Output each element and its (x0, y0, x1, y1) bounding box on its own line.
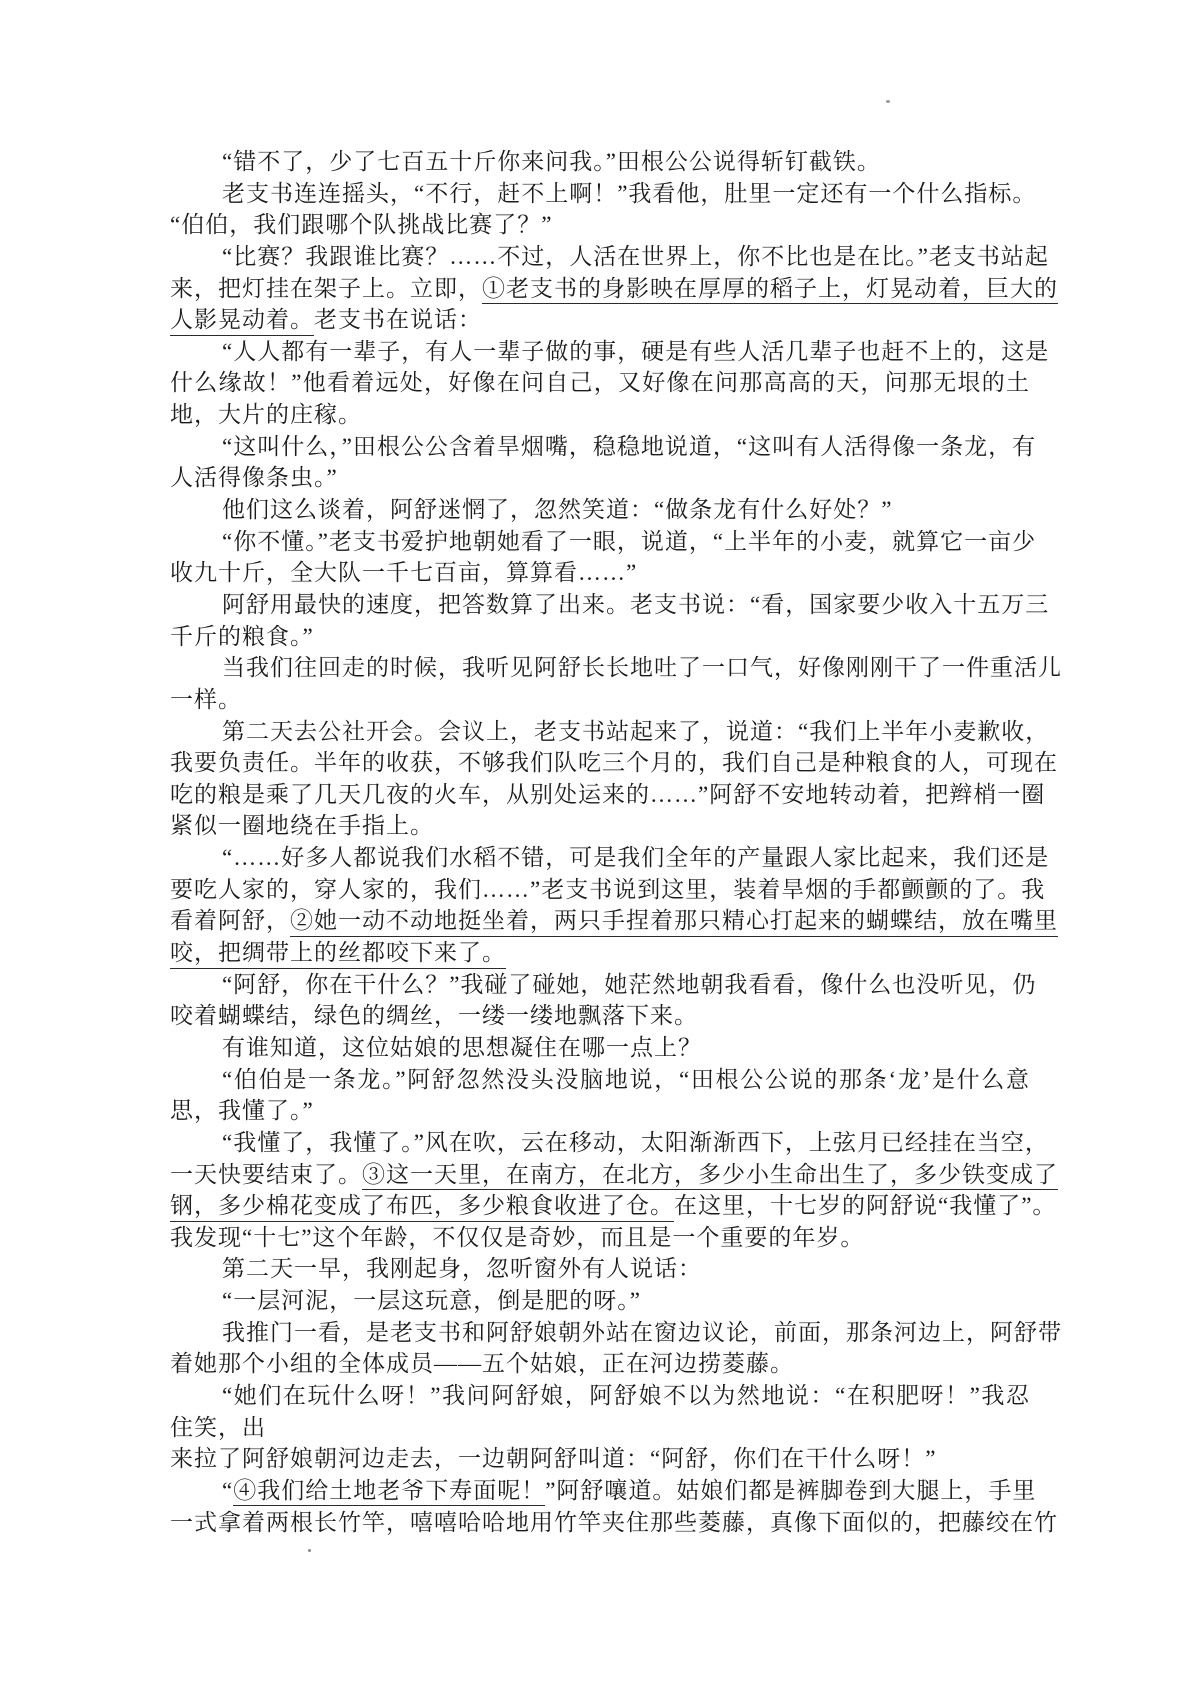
text-segment: “这叫什么，”田根公公含着旱烟嘴，稳稳地说道，“这叫有人活得像一条龙，有 (222, 434, 1036, 459)
text-line: 人影晃动着。老支书在说话： (170, 304, 1030, 336)
text-segment: 千斤的粮食。” (170, 624, 314, 649)
text-segment: 地，大片的庄稼。 (170, 402, 362, 427)
text-line: 一天快要结束了。③这一天里，在南方，在北方，多少小生命出生了，多少铁变成了 (170, 1159, 1030, 1191)
text-line: 紧似一圈地绕在手指上。 (170, 810, 1030, 842)
text-segment: “我懂了，我懂了。”风在吹，云在移动，太阳渐渐西下，上弦月已经挂在当空， (222, 1130, 1049, 1155)
text-line: 着她那个小组的全体成员——五个姑娘，正在河边捞菱藤。 (170, 1348, 1030, 1380)
text-segment: “伯伯，我们跟哪个队挑战比赛了？” (170, 212, 552, 237)
text-segment: 我发现“十七”这个年龄，不仅仅是奇妙，而且是一个重要的年岁。 (170, 1225, 864, 1250)
text-line: 咬着蝴蝶结，绿色的绸丝，一缕一缕地飘落下来。 (170, 1000, 1030, 1032)
text-segment: 一天快要结束了。 (170, 1162, 362, 1187)
text-segment: 第二天去公社开会。会议上，老支书站起来了，说道：“我们上半年小麦歉收， (222, 719, 1049, 744)
text-segment: 在这里，十七岁的阿舒说“我懂了”。 (674, 1193, 1056, 1218)
text-segment: 阿舒用最快的速度，把答数算了出来。老支书说：“看，国家要少收入十五万三 (222, 592, 1049, 617)
text-segment: “你不懂。”老支书爱护地朝她看了一眼，说道，“上半年的小麦，就算它一亩少 (222, 529, 1036, 554)
text-segment: 什么缘故！”他看着远处，好像在问自己，又好像在问那高高的天，问那无垠的土 (170, 370, 1030, 395)
text-line: 他们这么谈着，阿舒迷惘了，忽然笑道：“做条龙有什么好处？” (170, 494, 1030, 526)
text-line: 我发现“十七”这个年龄，不仅仅是奇妙，而且是一个重要的年岁。 (170, 1222, 1030, 1254)
text-segment: “ (222, 1478, 233, 1503)
text-segment: 咬着蝴蝶结，绿色的绸丝，一缕一缕地飘落下来。 (170, 1003, 698, 1028)
text-line: 来，把灯挂在架子上。立即，①老支书的身影映在厚厚的稻子上，灯晃动着，巨大的 (170, 273, 1030, 305)
text-segment: 看着阿舒， (170, 908, 290, 933)
text-line: 钢，多少棉花变成了布匹，多少粮食收进了仓。在这里，十七岁的阿舒说“我懂了”。 (170, 1190, 1030, 1222)
underlined-text-segment: 人影晃动着。 (170, 307, 314, 336)
text-line: 要吃人家的，穿人家的，我们……”老支书说到这里，装着旱烟的手都颤颤的了。我 (170, 874, 1030, 906)
text-segment: 老支书在说话： (314, 307, 482, 332)
text-line: 思，我懂了。” (170, 1095, 1030, 1127)
text-line: 阿舒用最快的速度，把答数算了出来。老支书说：“看，国家要少收入十五万三 (170, 589, 1030, 621)
text-line: “她们在玩什么呀！”我问阿舒娘，阿舒娘不以为然地说：“在积肥呀！”我忍 (170, 1380, 1030, 1412)
text-segment: 来，把灯挂在架子上。立即， (170, 276, 482, 301)
text-segment: “伯伯是一条龙。”阿舒忽然没头没脑地说，“田根公公说的那条‘龙’是什么意 (222, 1067, 1030, 1092)
text-line: 收九十斤，全大队一千七百亩，算算看……” (170, 557, 1030, 589)
text-line: “比赛？我跟谁比赛？……不过，人活在世界上，你不比也是在比。”老支书站起 (170, 241, 1030, 273)
text-segment: 一样。 (170, 687, 242, 712)
text-segment: “……好多人都说我们水稻不错，可是我们全年的产量跟人家比起来，我们还是 (222, 845, 1049, 870)
text-segment: 收九十斤，全大队一千七百亩，算算看……” (170, 560, 637, 585)
underlined-text-segment: ①老支书的身影映在厚厚的稻子上，灯晃动着，巨大的 (482, 276, 1058, 305)
text-segment: ”阿舒嚷道。姑娘们都是裤脚卷到大腿上，手里 (545, 1478, 1036, 1503)
text-segment: 第二天一早，我刚起身，忽听窗外有人说话： (222, 1256, 702, 1281)
text-line: 人活得像条虫。” (170, 462, 1030, 494)
underlined-text-segment: 咬，把绸带上的丝都咬下来了。 (170, 940, 506, 969)
text-segment: 一式拿着两根长竹竿，嘻嘻哈哈地用竹竿夹住那些菱藤，真像下面似的，把藤绞在竹 (170, 1510, 1058, 1535)
text-segment: “人人都有一辈子，有人一辈子做的事，硬是有些人活几辈子也赶不上的，这是 (222, 339, 1049, 364)
text-line: “你不懂。”老支书爱护地朝她看了一眼，说道，“上半年的小麦，就算它一亩少 (170, 526, 1030, 558)
text-segment: 住笑，出 (170, 1415, 266, 1440)
text-segment: 老支书连连摇头，“不行，赶不上啊！”我看他，肚里一定还有一个什么指标。 (222, 181, 1036, 206)
text-segment: 要吃人家的，穿人家的，我们……”老支书说到这里，装着旱烟的手都颤颤的了。我 (170, 877, 1045, 902)
text-line: “一层河泥，一层这玩意，倒是肥的呀。” (170, 1285, 1030, 1317)
text-line: 老支书连连摇头，“不行，赶不上啊！”我看他，肚里一定还有一个什么指标。 (170, 178, 1030, 210)
text-segment: “阿舒，你在干什么？”我碰了碰她，她茫然地朝我看看，像什么也没听见，仍 (222, 972, 1036, 997)
body-text: “错不了，少了七百五十斤你来问我。”田根公公说得斩钉截铁。老支书连连摇头，“不行… (170, 146, 1030, 1538)
text-segment: 我要负责任。半年的收获，不够我们队吃三个月的，我们自己是种粮食的人，可现在 (170, 750, 1058, 775)
text-line: 当我们往回走的时候，我听见阿舒长长地吐了一口气，好像刚刚干了一件重活儿 (170, 652, 1030, 684)
text-segment: 紧似一圈地绕在手指上。 (170, 813, 434, 838)
underlined-text-segment: ③这一天里，在南方，在北方，多少小生命出生了，多少铁变成了 (362, 1162, 1058, 1191)
text-line: “伯伯，我们跟哪个队挑战比赛了？” (170, 209, 1030, 241)
scan-artifact-speck (308, 1549, 311, 1552)
text-line: 千斤的粮食。” (170, 621, 1030, 653)
text-segment: 他们这么谈着，阿舒迷惘了，忽然笑道：“做条龙有什么好处？” (222, 497, 892, 522)
text-line: 住笑，出 (170, 1412, 1030, 1444)
underlined-text-segment: 钢，多少棉花变成了布匹，多少粮食收进了仓。 (170, 1193, 674, 1222)
text-line: 我推门一看，是老支书和阿舒娘朝外站在窗边议论，前面，那条河边上，阿舒带 (170, 1317, 1030, 1349)
text-line: 地，大片的庄稼。 (170, 399, 1030, 431)
text-line: “伯伯是一条龙。”阿舒忽然没头没脑地说，“田根公公说的那条‘龙’是什么意 (170, 1064, 1030, 1096)
text-line: 有谁知道，这位姑娘的思想凝住在哪一点上？ (170, 1032, 1030, 1064)
text-line: “……好多人都说我们水稻不错，可是我们全年的产量跟人家比起来，我们还是 (170, 842, 1030, 874)
text-line: “我懂了，我懂了。”风在吹，云在移动，太阳渐渐西下，上弦月已经挂在当空， (170, 1127, 1030, 1159)
text-segment: 吃的粮是乘了几天几夜的火车，从别处运来的……”阿舒不安地转动着，把辫梢一圈 (170, 782, 1045, 807)
text-segment: “比赛？我跟谁比赛？……不过，人活在世界上，你不比也是在比。”老支书站起 (222, 244, 1049, 269)
text-line: 咬，把绸带上的丝都咬下来了。 (170, 937, 1030, 969)
text-line: 吃的粮是乘了几天几夜的火车，从别处运来的……”阿舒不安地转动着，把辫梢一圈 (170, 779, 1030, 811)
text-segment: “她们在玩什么呀！”我问阿舒娘，阿舒娘不以为然地说：“在积肥呀！”我忍 (222, 1383, 1030, 1408)
underlined-text-segment: ②她一动不动地挺坐着，两只手捏着那只精心打起来的蝴蝶结，放在嘴里 (290, 908, 1058, 937)
text-line: “阿舒，你在干什么？”我碰了碰她，她茫然地朝我看看，像什么也没听见，仍 (170, 969, 1030, 1001)
text-line: 第二天一早，我刚起身，忽听窗外有人说话： (170, 1253, 1030, 1285)
text-line: 一式拿着两根长竹竿，嘻嘻哈哈地用竹竿夹住那些菱藤，真像下面似的，把藤绞在竹 (170, 1507, 1030, 1539)
text-segment: 来拉了阿舒娘朝河边走去，一边朝阿舒叫道：“阿舒，你们在干什么呀！” (170, 1446, 936, 1471)
text-line: “这叫什么，”田根公公含着旱烟嘴，稳稳地说道，“这叫有人活得像一条龙，有 (170, 431, 1030, 463)
text-line: 一样。 (170, 684, 1030, 716)
text-line: 第二天去公社开会。会议上，老支书站起来了，说道：“我们上半年小麦歉收， (170, 716, 1030, 748)
text-segment: “一层河泥，一层这玩意，倒是肥的呀。” (222, 1288, 641, 1313)
text-line: “人人都有一辈子，有人一辈子做的事，硬是有些人活几辈子也赶不上的，这是 (170, 336, 1030, 368)
text-segment: 人活得像条虫。” (170, 465, 338, 490)
text-segment: 有谁知道，这位姑娘的思想凝住在哪一点上？ (222, 1035, 702, 1060)
scan-artifact-speck (886, 100, 890, 103)
text-line: “④我们给土地老爷下寿面呢！”阿舒嚷道。姑娘们都是裤脚卷到大腿上，手里 (170, 1475, 1030, 1507)
text-line: “错不了，少了七百五十斤你来问我。”田根公公说得斩钉截铁。 (170, 146, 1030, 178)
text-line: 来拉了阿舒娘朝河边走去，一边朝阿舒叫道：“阿舒，你们在干什么呀！” (170, 1443, 1030, 1475)
text-segment: 我推门一看，是老支书和阿舒娘朝外站在窗边议论，前面，那条河边上，阿舒带 (222, 1320, 1062, 1345)
text-line: 看着阿舒，②她一动不动地挺坐着，两只手捏着那只精心打起来的蝴蝶结，放在嘴里 (170, 905, 1030, 937)
text-line: 什么缘故！”他看着远处，好像在问自己，又好像在问那高高的天，问那无垠的土 (170, 367, 1030, 399)
text-line: 我要负责任。半年的收获，不够我们队吃三个月的，我们自己是种粮食的人，可现在 (170, 747, 1030, 779)
scanned-document-page: “错不了，少了七百五十斤你来问我。”田根公公说得斩钉截铁。老支书连连摇头，“不行… (0, 0, 1200, 1698)
text-segment: 当我们往回走的时候，我听见阿舒长长地吐了一口气，好像刚刚干了一件重活儿 (222, 655, 1062, 680)
text-segment: 着她那个小组的全体成员——五个姑娘，正在河边捞菱藤。 (170, 1351, 794, 1376)
underlined-text-segment: ④我们给土地老爷下寿面呢！ (233, 1478, 545, 1507)
text-segment: 思，我懂了。” (170, 1098, 314, 1123)
text-segment: “错不了，少了七百五十斤你来问我。”田根公公说得斩钉截铁。 (222, 149, 881, 174)
